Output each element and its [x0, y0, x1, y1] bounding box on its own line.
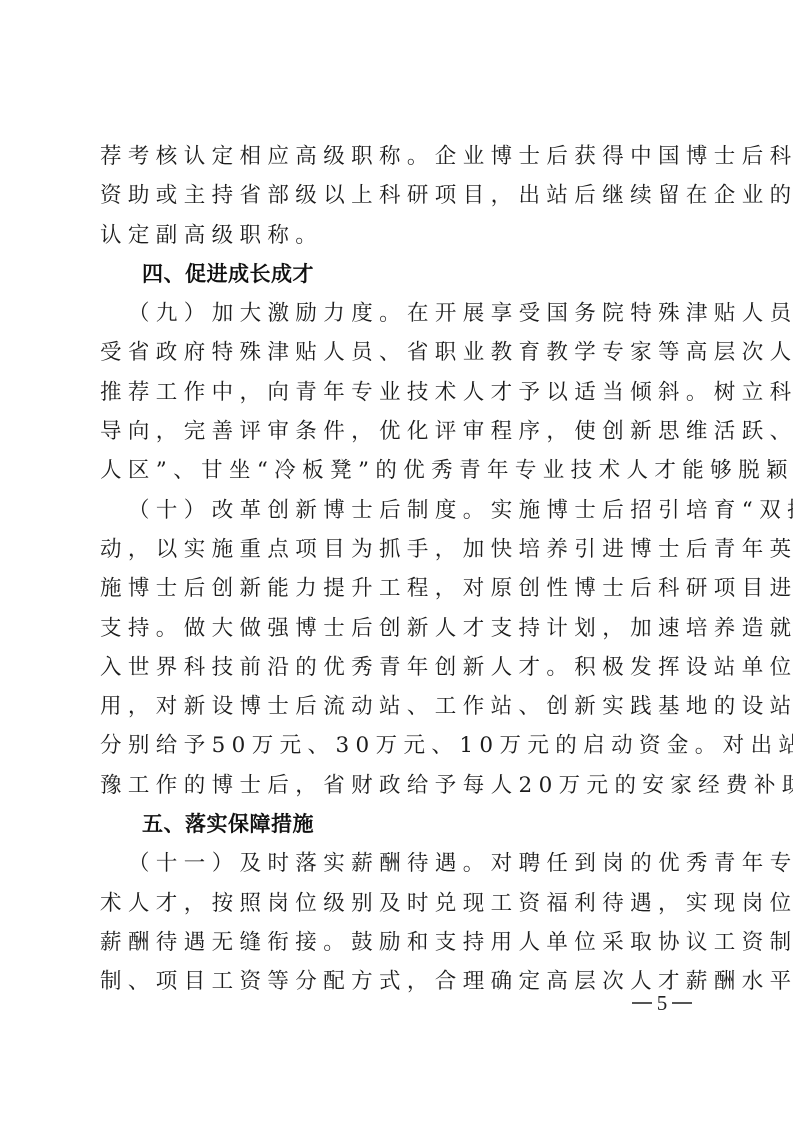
- paragraph-line: 受省政府特殊津贴人员、省职业教育教学专家等高层次人才选拔: [100, 333, 693, 372]
- paragraph-line: 荐考核认定相应高级职称。企业博士后获得中国博士后科学基金: [100, 137, 693, 176]
- paragraph-line: （九）加大激励力度。在开展享受国务院特殊津贴人员、享: [100, 294, 693, 333]
- document-body: 荐考核认定相应高级职称。企业博士后获得中国博士后科学基金 资助或主持省部级以上科…: [100, 137, 693, 1002]
- paragraph-line: 入世界科技前沿的优秀青年创新人才。积极发挥设站单位主体作: [100, 648, 693, 687]
- section-heading-4: 四、促进成长成才: [100, 255, 693, 294]
- paragraph-line: 支持。做大做强博士后创新人才支持计划，加速培养造就一批进: [100, 609, 693, 648]
- document-page: 荐考核认定相应高级职称。企业博士后获得中国博士后科学基金 资助或主持省部级以上科…: [0, 0, 793, 1122]
- page-number-dash-right: [672, 1002, 692, 1004]
- paragraph-line: （十一）及时落实薪酬待遇。对聘任到岗的优秀青年专业技: [100, 844, 693, 883]
- paragraph-line: 资助或主持省部级以上科研项目，出站后继续留在企业的可直接: [100, 176, 693, 215]
- paragraph-line: 推荐工作中，向青年专业技术人才予以适当倾斜。树立科学评价: [100, 373, 693, 412]
- page-number-dash-left: [632, 1002, 652, 1004]
- paragraph-line: 人区”、甘坐“冷板凳”的优秀青年专业技术人才能够脱颖而出。: [100, 451, 693, 490]
- paragraph-line: 施博士后创新能力提升工程，对原创性博士后科研项目进行特殊: [100, 569, 693, 608]
- section-heading-5: 五、落实保障措施: [100, 805, 693, 844]
- page-number-value: 5: [657, 991, 668, 1016]
- paragraph-line: 薪酬待遇无缝衔接。鼓励和支持用人单位采取协议工资制、年薪: [100, 923, 693, 962]
- paragraph-line: 分别给予50万元、30万元、10万元的启动资金。对出站留豫、来: [100, 726, 693, 765]
- paragraph-line: 制、项目工资等分配方式，合理确定高层次人才薪酬水平。事业: [100, 962, 693, 1001]
- paragraph-line: 导向，完善评审条件，优化评审程序，使创新思维活跃、敢闯“无: [100, 412, 693, 451]
- paragraph-line: 豫工作的博士后，省财政给予每人20万元的安家经费补助。: [100, 766, 693, 805]
- paragraph-line: 认定副高级职称。: [100, 216, 693, 255]
- paragraph-line: 动，以实施重点项目为抓手，加快培养引进博士后青年英才。实: [100, 530, 693, 569]
- paragraph-line: （十）改革创新博士后制度。实施博士后招引培育“双提”行: [100, 491, 693, 530]
- paragraph-line: 术人才，按照岗位级别及时兑现工资福利待遇，实现岗位聘用与: [100, 884, 693, 923]
- paragraph-line: 用，对新设博士后流动站、工作站、创新实践基地的设站单位，: [100, 687, 693, 726]
- page-number: 5: [622, 990, 702, 1016]
